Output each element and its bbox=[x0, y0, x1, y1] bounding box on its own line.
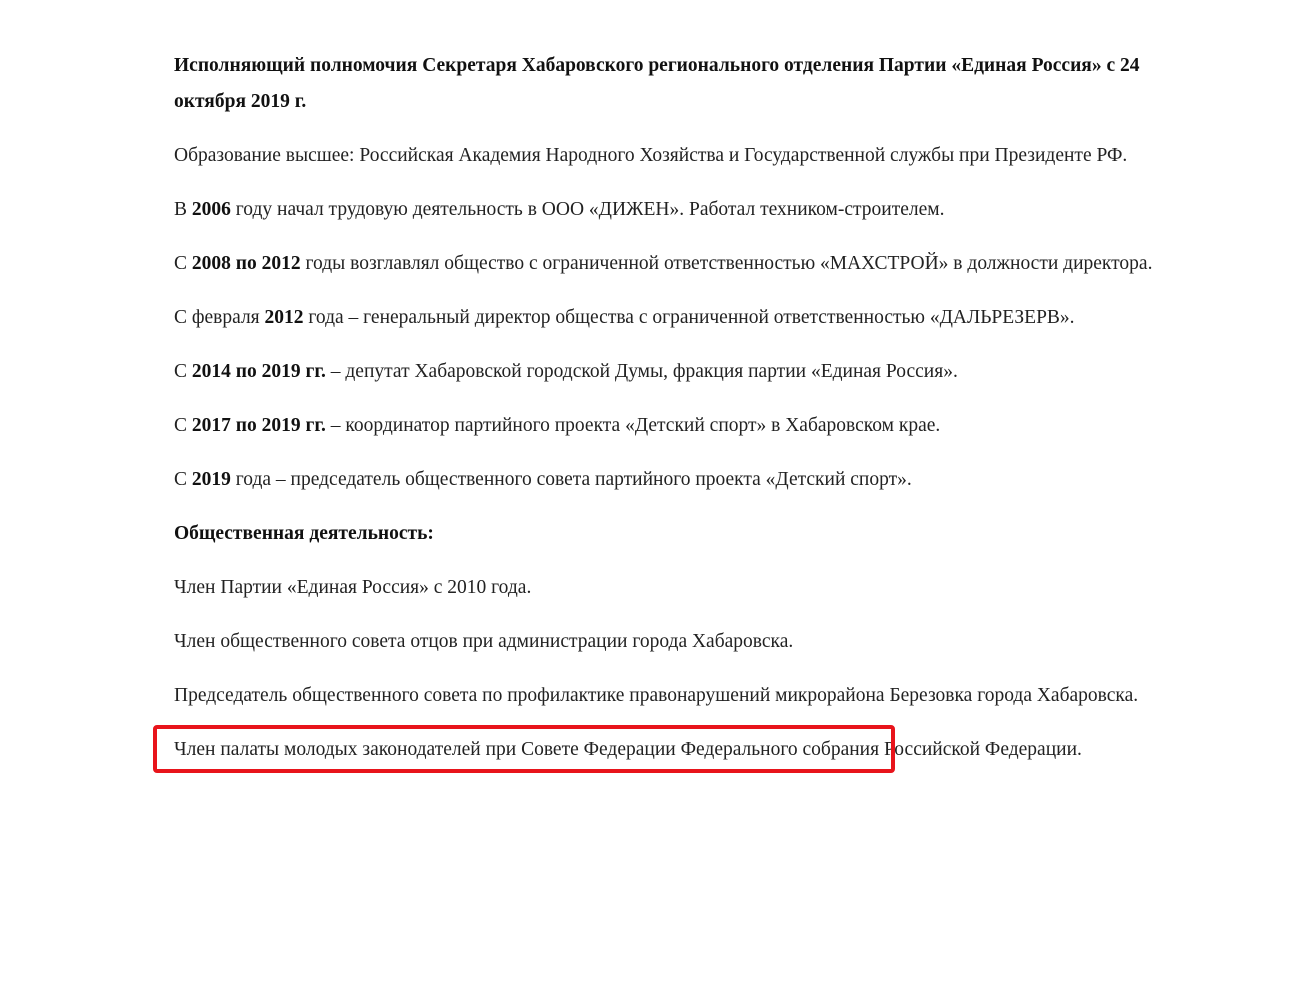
text: В bbox=[174, 199, 192, 220]
text: году начал трудовую деятельность в ООО «… bbox=[231, 199, 945, 220]
text: года – генеральный директор общества с о… bbox=[304, 307, 1075, 328]
text: С февраля bbox=[174, 307, 265, 328]
bold-text: Исполняющий полномочия Секретаря Хабаров… bbox=[174, 55, 1140, 112]
bold-text: Общественная деятельность: bbox=[174, 523, 434, 544]
text: Образование высшее: Российская Академия … bbox=[174, 145, 1127, 166]
text: Председатель общественного совета по про… bbox=[174, 685, 1138, 706]
text: С bbox=[174, 469, 192, 490]
paragraph: Образование высшее: Российская Академия … bbox=[174, 138, 1174, 174]
text: С bbox=[174, 415, 192, 436]
paragraph: Общественная деятельность: bbox=[174, 516, 1174, 552]
paragraph: С 2017 по 2019 гг. – координатор партийн… bbox=[174, 408, 1174, 444]
bold-text: 2017 по 2019 гг. bbox=[192, 415, 326, 436]
highlighted-paragraph: Член общественного совета отцов при адми… bbox=[174, 624, 1174, 660]
text: Член Партии «Единая Россия» с 2010 года. bbox=[174, 577, 531, 598]
paragraph: Председатель общественного совета по про… bbox=[174, 678, 1174, 714]
text: – координатор партийного проекта «Детски… bbox=[326, 415, 940, 436]
paragraph: С февраля 2012 года – генеральный директ… bbox=[174, 300, 1174, 336]
text: – депутат Хабаровской городской Думы, фр… bbox=[326, 361, 958, 382]
text: Член палаты молодых законодателей при Со… bbox=[174, 739, 1082, 760]
paragraph: Член Партии «Единая Россия» с 2010 года. bbox=[174, 570, 1174, 606]
text: С bbox=[174, 361, 192, 382]
bold-text: 2008 по 2012 bbox=[192, 253, 301, 274]
text: годы возглавлял общество с ограниченной … bbox=[301, 253, 1153, 274]
text: года – председатель общественного совета… bbox=[231, 469, 912, 490]
paragraph: С 2008 по 2012 годы возглавлял общество … bbox=[174, 246, 1174, 282]
text: С bbox=[174, 253, 192, 274]
paragraph: С 2014 по 2019 гг. – депутат Хабаровской… bbox=[174, 354, 1174, 390]
bold-text: 2006 bbox=[192, 199, 231, 220]
paragraph: В 2006 году начал трудовую деятельность … bbox=[174, 192, 1174, 228]
bold-text: 2012 bbox=[265, 307, 304, 328]
bold-text: 2014 по 2019 гг. bbox=[192, 361, 326, 382]
paragraph: Исполняющий полномочия Секретаря Хабаров… bbox=[174, 48, 1174, 120]
bold-text: 2019 bbox=[192, 469, 231, 490]
text: Член общественного совета отцов при адми… bbox=[174, 631, 793, 652]
paragraph: Член палаты молодых законодателей при Со… bbox=[174, 732, 1174, 768]
paragraph: С 2019 года – председатель общественного… bbox=[174, 462, 1174, 498]
biography-article: Исполняющий полномочия Секретаря Хабаров… bbox=[174, 48, 1174, 786]
